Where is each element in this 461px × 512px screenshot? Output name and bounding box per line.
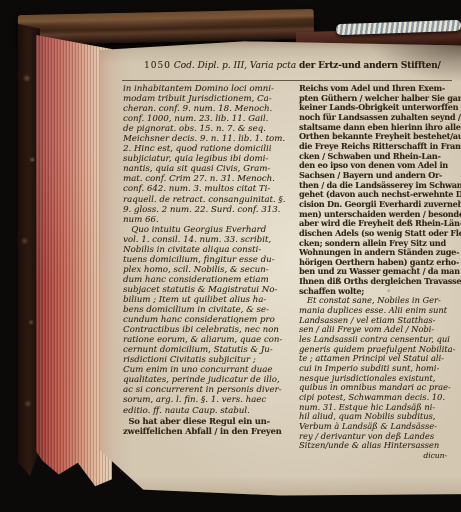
page-number: 1050: [144, 61, 171, 71]
page-header: 1050 Cod. Dipl. p. III, Varia pcta der E…: [144, 61, 454, 71]
right-column: Reichs vom Adel und Ihren Exem- pten Güt…: [299, 84, 461, 496]
header-title-latin: Cod. Dipl. p. III, Varia pcta: [171, 61, 299, 71]
book-page: 1050 Cod. Dipl. p. III, Varia pcta der E…: [100, 40, 461, 496]
header-title-german: der Ertz-und andern Stifften/: [299, 61, 441, 71]
catchword: dicun-: [299, 451, 461, 460]
book-photo-scene: 1050 Cod. Dipl. p. III, Varia pcta der E…: [0, 0, 461, 512]
right-column-german-text: Reichs vom Adel und Ihren Exem- pten Güt…: [299, 84, 461, 296]
header-rule: [122, 80, 452, 81]
left-column-german-text: So hat aber diese Regul ein un- zweiffel…: [123, 416, 289, 436]
text-columns: in inhabitantem Domino loci omni- modam …: [123, 84, 461, 496]
right-column-latin-text: Et constat sane, Nobiles in Ger- mania d…: [299, 296, 461, 451]
left-column: in inhabitantem Domino loci omni- modam …: [123, 84, 289, 496]
book-cover-top-edge: [18, 9, 315, 45]
left-column-latin-text: in inhabitantem Domino loci omni- modam …: [123, 84, 289, 416]
